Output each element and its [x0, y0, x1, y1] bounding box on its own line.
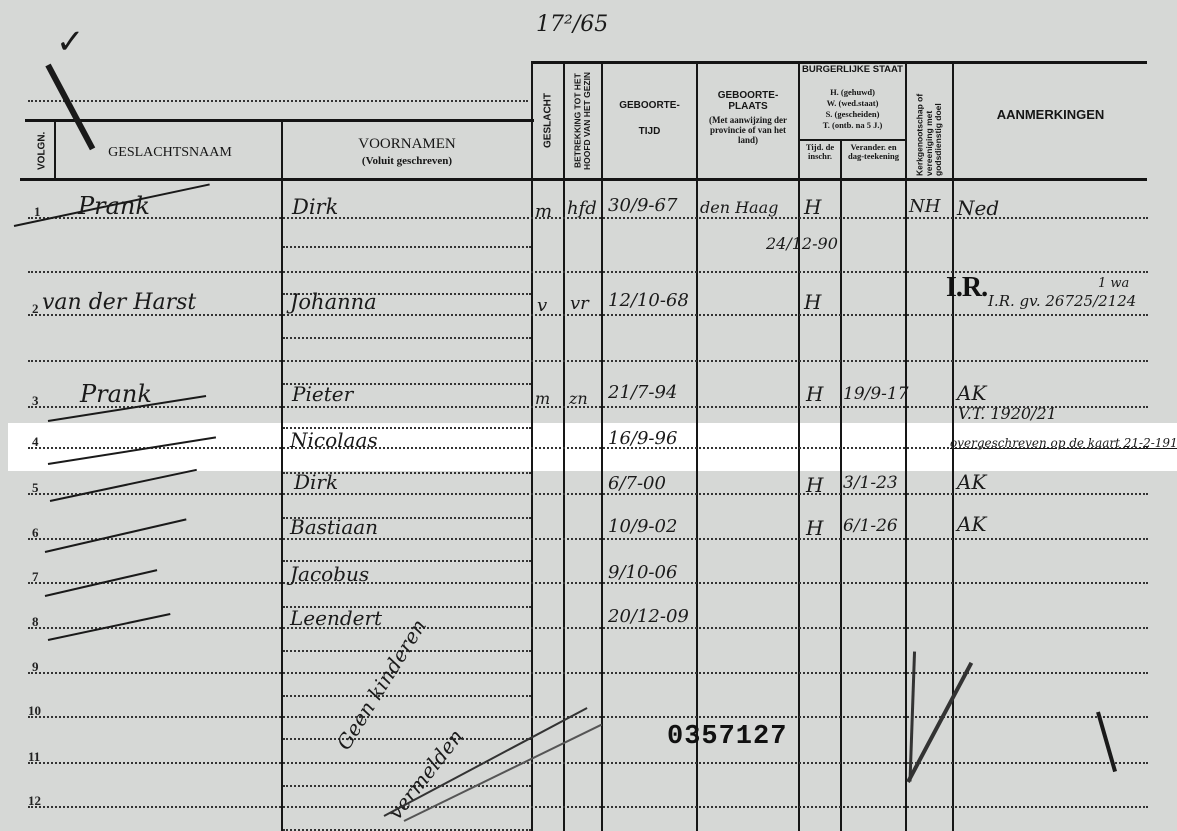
- header-geboortetijd-2: TIJD: [603, 126, 696, 137]
- birthdate-cell: 10/9-02: [608, 516, 677, 537]
- header-bottom-rule: [20, 178, 1147, 181]
- relation-cell: hfd: [567, 198, 597, 219]
- col-rule-voornamen: [531, 121, 533, 831]
- header-kerkgenootschap: Kerkgenootschap of vereeniging met godsd…: [907, 64, 952, 176]
- firstname-cell: Leendert: [290, 606, 382, 630]
- col-rule-volgn: [54, 121, 56, 179]
- birthdate-cell: 20/12-09: [608, 606, 689, 627]
- birthdate-cell: 21/7-94: [608, 382, 677, 403]
- firstname-cell: Dirk: [292, 195, 338, 219]
- header-staat-h: H. (gehuwd): [800, 88, 905, 97]
- civil-status-cell: H: [806, 382, 823, 406]
- remarks-cell: AK: [957, 512, 986, 536]
- civil-status-cell: H: [804, 195, 821, 219]
- sex-cell: m: [535, 389, 550, 408]
- header-aanmerkingen: AANMERKINGEN: [954, 108, 1147, 122]
- remarks-cell: I.R. gv. 26725/2124: [988, 292, 1136, 310]
- header-staat-s: S. (gescheiden): [800, 110, 905, 119]
- relation-cell: vr: [570, 293, 589, 314]
- remarks-extra: overgeschreven op de kaart 21-2-1918: [950, 436, 1177, 450]
- marriage-date-cell: 3/1-23: [843, 473, 898, 493]
- header-staat-w: W. (wed.staat): [800, 99, 905, 108]
- header-tijd-inschr: Tijd. de inschr.: [800, 143, 840, 162]
- header-volgn: VOLGN.: [32, 124, 52, 178]
- row-number: 12: [28, 793, 41, 809]
- row-number: 3: [32, 393, 39, 409]
- firstname-cell: Dirk: [294, 470, 338, 494]
- row-number: 2: [32, 301, 39, 317]
- marriage-date-cell: 6/1-26: [843, 516, 898, 536]
- row-number: 7: [32, 569, 39, 585]
- remarks-cell: AK: [957, 470, 986, 494]
- header-geboorteplaats-2: PLAATS: [698, 101, 798, 112]
- surname-cell: Prank: [80, 380, 152, 408]
- firstname-cell: Jacobus: [290, 562, 369, 586]
- header-left-rule: [25, 119, 534, 122]
- header-geboorteplaats-sub: (Met aanwijzing der provincie of van het…: [700, 116, 796, 146]
- row-number: 10: [28, 703, 41, 719]
- stamp-number: 0357127: [667, 722, 787, 752]
- row-number: 9: [32, 659, 39, 675]
- marriage-date-cell: 19/9-17: [843, 384, 909, 404]
- marriage-date-cell: 24/12-90: [766, 234, 838, 253]
- row-number: 1: [34, 204, 41, 220]
- firstname-cell: Pieter: [292, 382, 353, 406]
- sex-cell: v: [537, 295, 547, 316]
- birthdate-cell: 12/10-68: [608, 290, 689, 311]
- remarks-cell: V.T. 1920/21: [958, 404, 1057, 423]
- header-dotted-rule: [28, 100, 528, 102]
- check-mark-icon: ✓: [56, 22, 85, 62]
- firstname-cell: Johanna: [290, 290, 377, 314]
- birthdate-cell: 6/7-00: [608, 473, 666, 494]
- header-betrekking: BETREKKING TOT HET HOOFD VAN HET GEZIN: [566, 66, 600, 176]
- birthdate-cell: 16/9-96: [608, 428, 677, 449]
- header-burgerlijke-staat: BURGERLIJKE STAAT: [800, 65, 905, 75]
- col-rule-tijd: [840, 140, 842, 831]
- diagonal-note: Geen kinderen: [332, 615, 431, 754]
- large-strike-mark: [45, 64, 95, 151]
- remarks-extra: 1 wa: [1098, 276, 1129, 291]
- civil-status-cell: H: [804, 290, 821, 314]
- sex-cell: m: [535, 201, 552, 222]
- header-verander: Verander. en dag-teekening: [842, 143, 905, 162]
- row-number: 6: [32, 525, 39, 541]
- header-step-rule: [531, 61, 533, 123]
- birthplace-cell: den Haag: [700, 198, 778, 217]
- header-geslacht: GESLACHT: [536, 66, 560, 176]
- check-stroke: [906, 662, 973, 783]
- header-geboortetijd-1: GEBOORTE-: [603, 100, 696, 111]
- religion-cell: NH: [909, 196, 940, 217]
- surname-cell: Prank: [78, 192, 150, 220]
- header-geboorteplaats-1: GEBOORTE-: [698, 90, 798, 101]
- burgerlijke-staat-sub-rule: [800, 139, 905, 141]
- civil-status-cell: H: [806, 473, 823, 497]
- header-voornamen: VOORNAMEN: [283, 136, 531, 153]
- firstname-cell: Bastiaan: [290, 515, 378, 539]
- page-reference: 17²/65: [536, 12, 608, 37]
- row-number: 4: [32, 434, 39, 450]
- firstname-cell: Nicolaas: [290, 428, 378, 452]
- header-voornamen-sub: (Voluit geschreven): [283, 155, 531, 167]
- remarks-cell: Ned: [957, 196, 999, 220]
- relation-cell: zn: [569, 389, 588, 408]
- col-rule-geslachtsnaam: [281, 121, 283, 831]
- ir-stamp: I.R.: [946, 272, 987, 304]
- row-number: 5: [32, 480, 39, 496]
- birthdate-cell: 9/10-06: [608, 562, 677, 583]
- remarks-cell: AK: [957, 381, 986, 405]
- civil-status-cell: H: [806, 516, 823, 540]
- surname-cell: van der Harst: [42, 290, 196, 315]
- row-number: 8: [32, 614, 39, 630]
- row-number: 11: [28, 749, 40, 765]
- header-staat-t: T. (ontb. na 5 J.): [800, 121, 905, 130]
- birthdate-cell: 30/9-67: [608, 195, 677, 216]
